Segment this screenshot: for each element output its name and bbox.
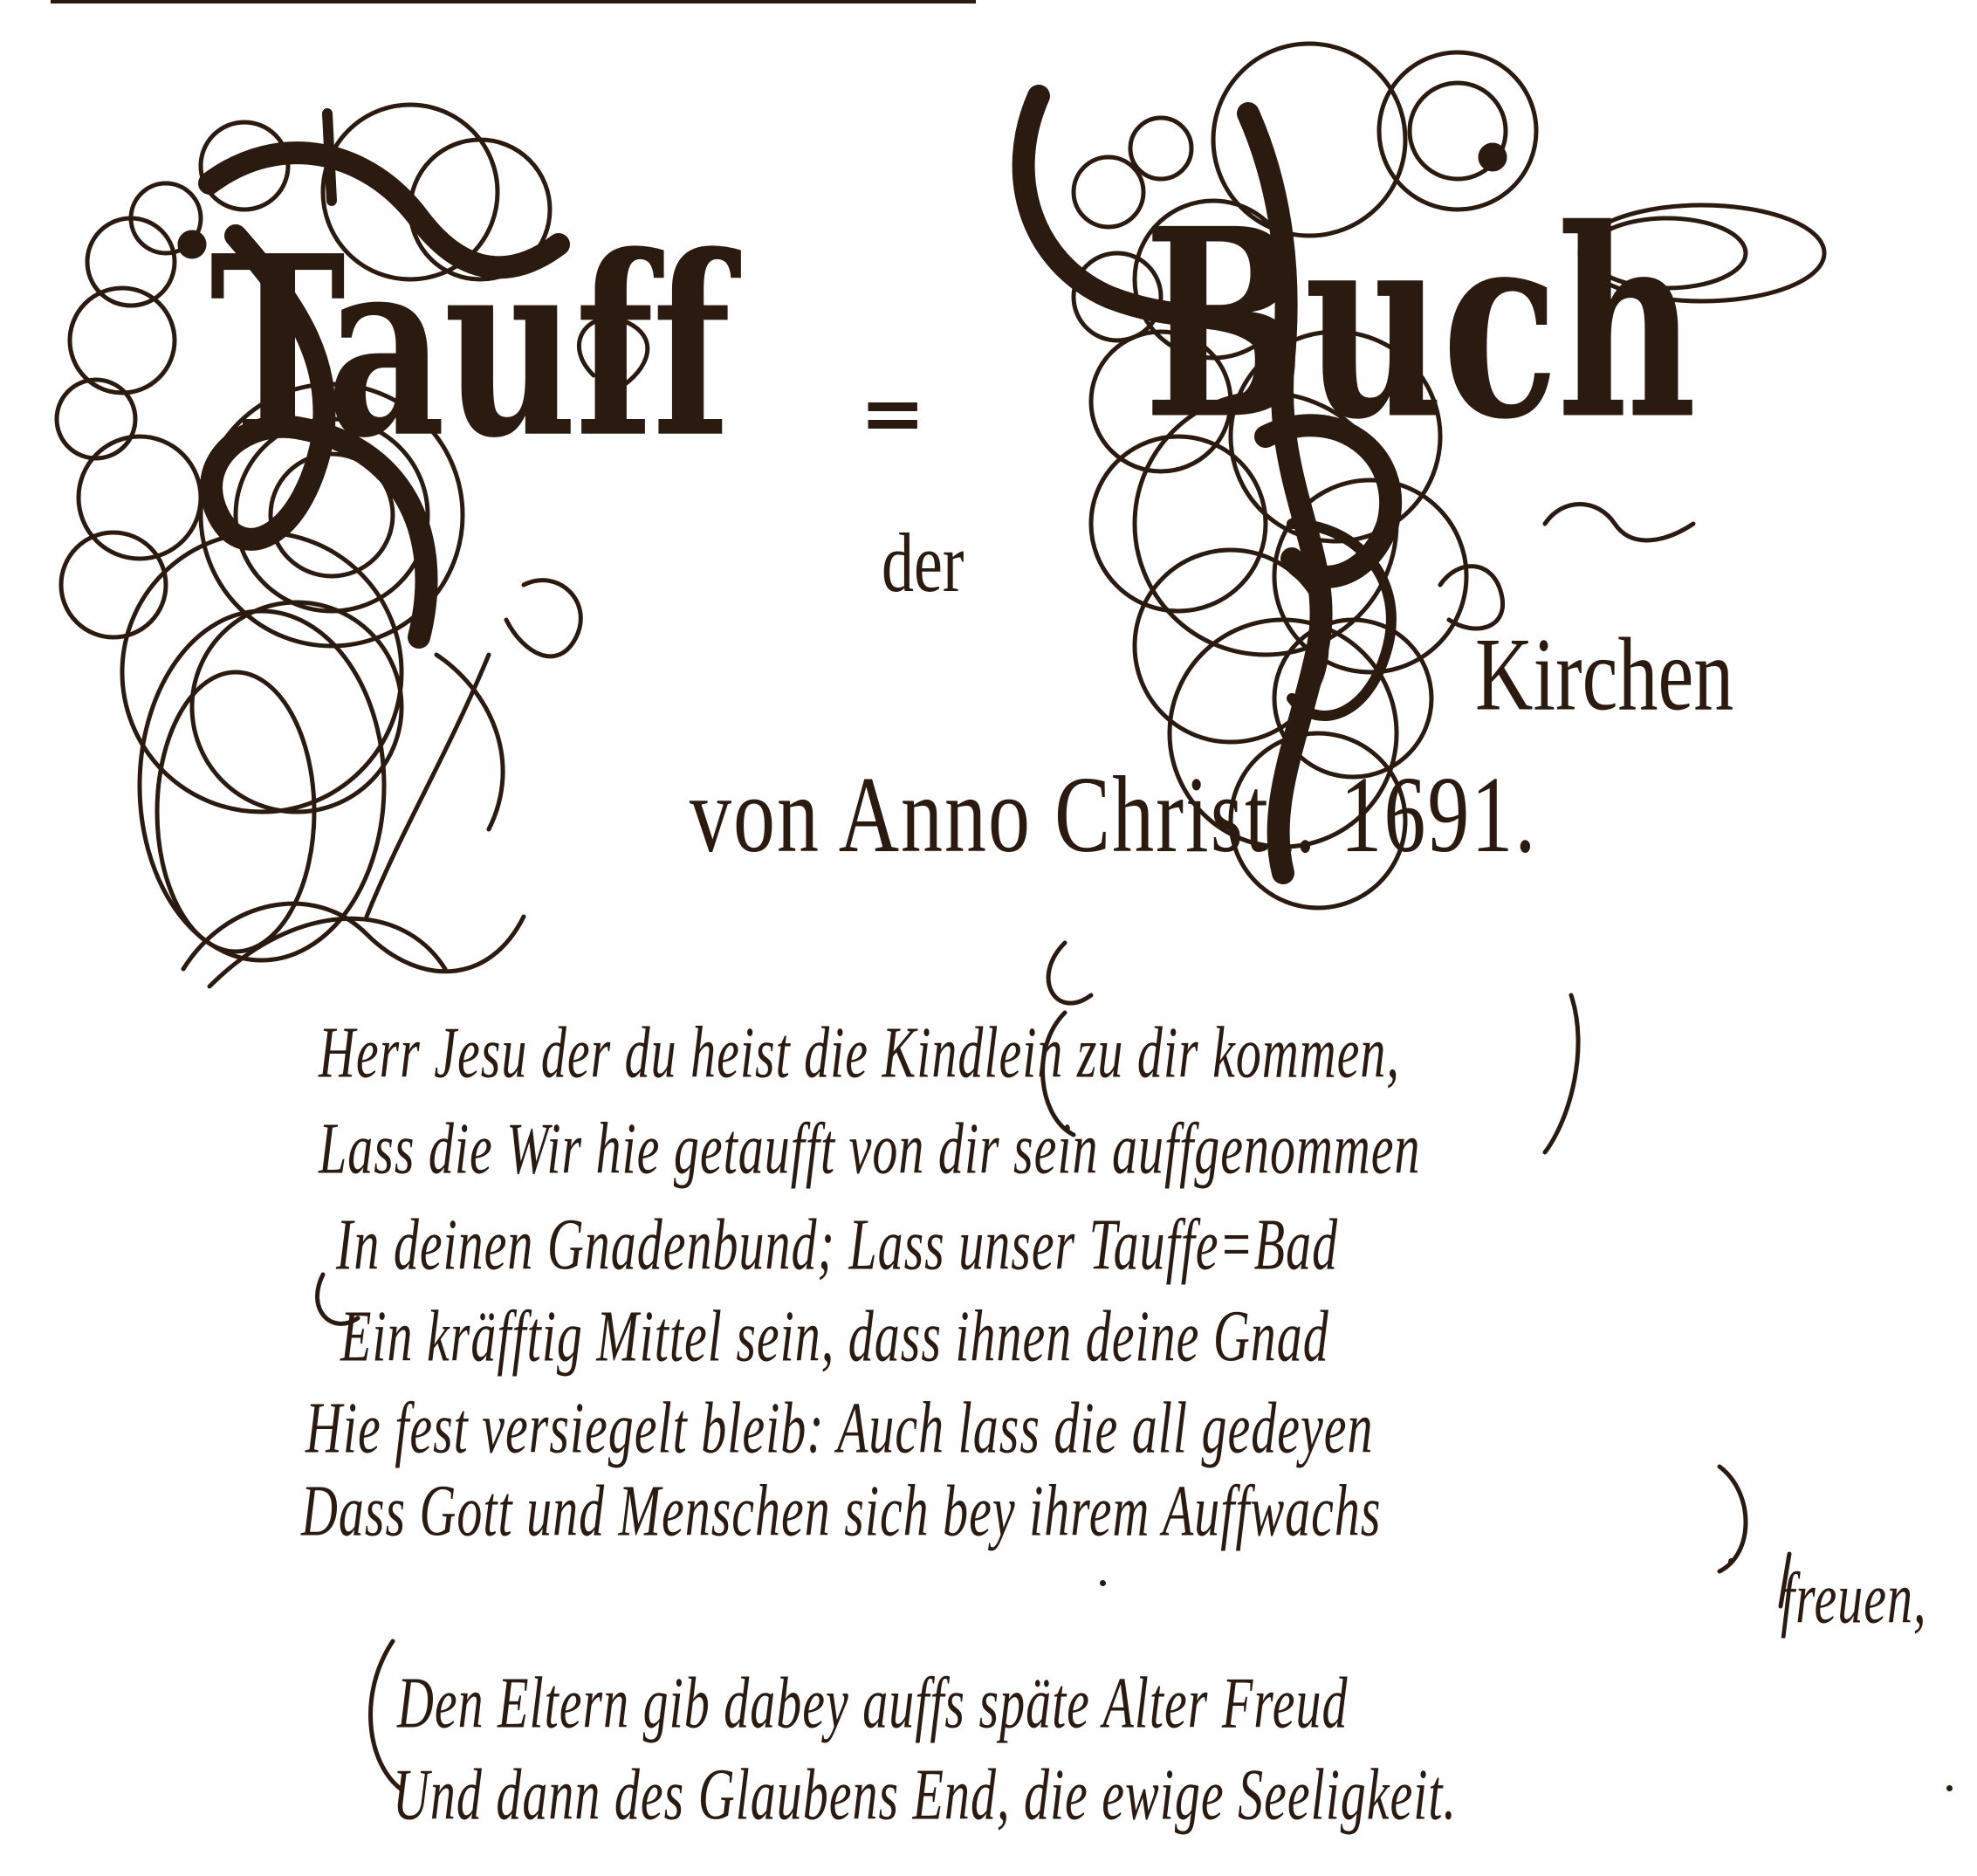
scan-border-line: [51, 0, 976, 3]
verse-initial-flourish: [305, 943, 1789, 1868]
subtitle-date: von Anno Christi. 1691.: [690, 760, 1537, 869]
manuscript-page: Tauff = Buch der Kirchen von Anno Christ…: [0, 0, 1977, 1876]
verse-line-7: freuen,: [1781, 1562, 1927, 1635]
initial-t-flourish: [35, 44, 646, 1004]
title-hyphen: =: [860, 367, 925, 459]
subtitle-kirchen: Kirchen: [1475, 622, 1733, 726]
title-word-tauff: Tauff: [209, 224, 730, 472]
ink-speck: [1946, 1785, 1953, 1791]
ink-speck: [1728, 1558, 1734, 1564]
ink-speck: [1100, 1580, 1106, 1586]
subtitle-der: der: [882, 522, 964, 606]
title-word-buch: Buch: [1143, 195, 1695, 454]
